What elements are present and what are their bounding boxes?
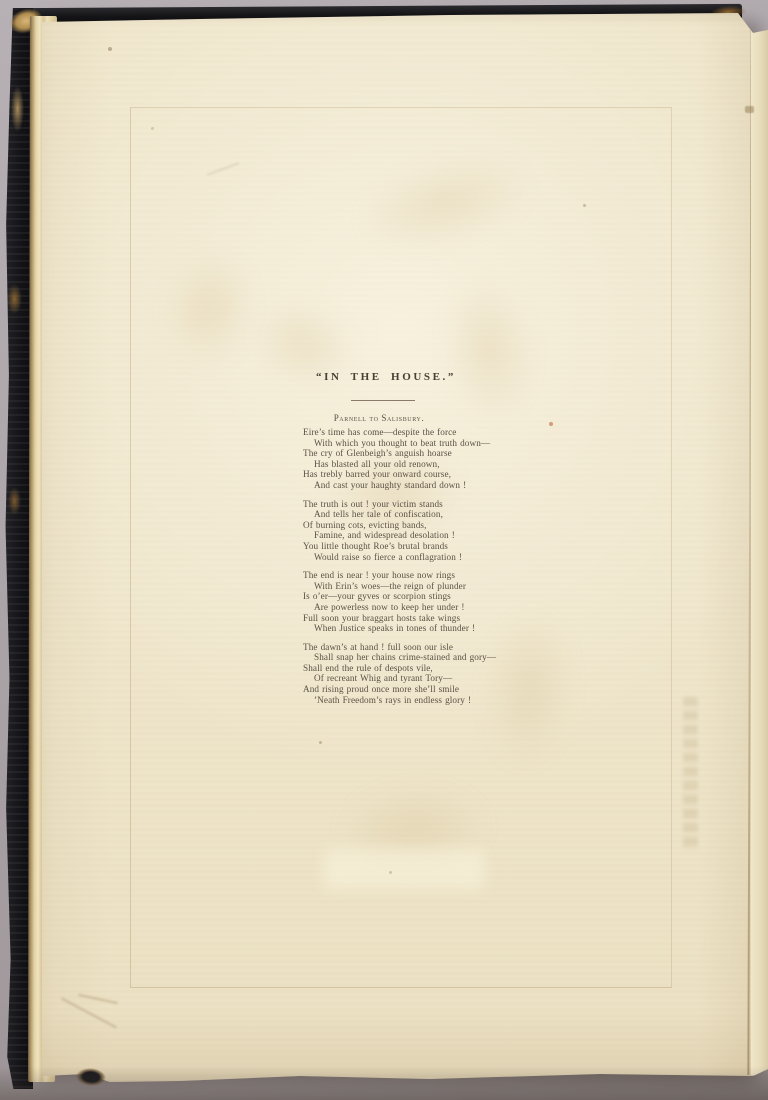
poem-stanzas: Eire’s time has come—despite the forceWi… <box>303 427 533 713</box>
poem-line: Is o’er—your gyves or scorpion stings <box>303 591 533 602</box>
illustration-showthrough <box>323 848 485 890</box>
poem-line: Famine, and widespread desolation ! <box>303 530 533 541</box>
poem-line: Full soon your braggart hosts take wings <box>303 613 533 624</box>
poem-stanza: The dawn’s at hand ! full soon our isleS… <box>303 642 533 706</box>
poem-line: The cry of Glenbeigh’s anguish hoarse <box>303 448 533 459</box>
poem-line: You little thought Roe’s brutal brands <box>303 541 533 552</box>
foxing-spot <box>583 204 586 207</box>
foxing-spot <box>151 127 154 130</box>
poem-line: The end is near ! your house now rings <box>303 570 533 581</box>
caption-showthrough <box>683 697 698 851</box>
poem-line: And tells her tale of confiscation, <box>303 509 533 520</box>
cover-worn-patch <box>11 86 24 132</box>
poem-line: Eire’s time has come—despite the force <box>303 427 533 438</box>
poem-line: Are powerless now to keep her under ! <box>303 602 533 613</box>
poem-line: Of burning cots, evicting bands, <box>303 520 533 531</box>
title-rule <box>351 400 415 401</box>
poem-line: Of recreant Whig and tyrant Tory— <box>303 673 533 684</box>
next-page-fore-edge <box>751 28 768 1075</box>
poem-line: ’Neath Freedom’s rays in endless glory ! <box>303 695 533 706</box>
surface-shadow <box>0 1066 768 1100</box>
book-page: “IN THE HOUSE.” Parnell to Salisbury. Ei… <box>0 0 768 1100</box>
poem-line: Shall end the rule of despots vile, <box>303 663 533 674</box>
poem-stanza: Eire’s time has come—despite the forceWi… <box>303 427 533 491</box>
poem-line: Would raise so fierce a conflagration ! <box>303 552 533 563</box>
poem-line: When Justice speaks in tones of thunder … <box>303 623 533 634</box>
poem-line: Shall snap her chains crime-stained and … <box>303 652 533 663</box>
foxing-spot <box>549 422 553 426</box>
poem-line: Has trebly barred your onward course, <box>303 469 533 480</box>
crease-mark <box>78 994 118 1004</box>
poem-stanza: The end is near ! your house now ringsWi… <box>303 570 533 634</box>
poem-line: The dawn’s at hand ! full soon our isle <box>303 642 533 653</box>
poem-line: With Erin’s woes—the reign of plunder <box>303 581 533 592</box>
cover-worn-patch <box>7 284 22 314</box>
poem-line: Has blasted all your old renown, <box>303 459 533 470</box>
poem-dedication: Parnell to Salisbury. <box>286 413 472 423</box>
poem-stanza: The truth is out ! your victim standsAnd… <box>303 499 533 563</box>
foxing-spot <box>389 871 392 874</box>
fore-edge-nick <box>745 106 754 113</box>
poem-title: “IN THE HOUSE.” <box>286 371 486 383</box>
cover-worn-patch <box>8 487 21 515</box>
poem-line: And cast your haughty standard down ! <box>303 480 533 491</box>
photographed-book-scene: “IN THE HOUSE.” Parnell to Salisbury. Ei… <box>0 0 768 1100</box>
poem-line: With which you thought to beat truth dow… <box>303 438 533 449</box>
foxing-spot <box>108 47 112 51</box>
poem-line: And rising proud once more she’ll smile <box>303 684 533 695</box>
poem-line: The truth is out ! your victim stands <box>303 499 533 510</box>
foxing-spot <box>319 741 322 744</box>
